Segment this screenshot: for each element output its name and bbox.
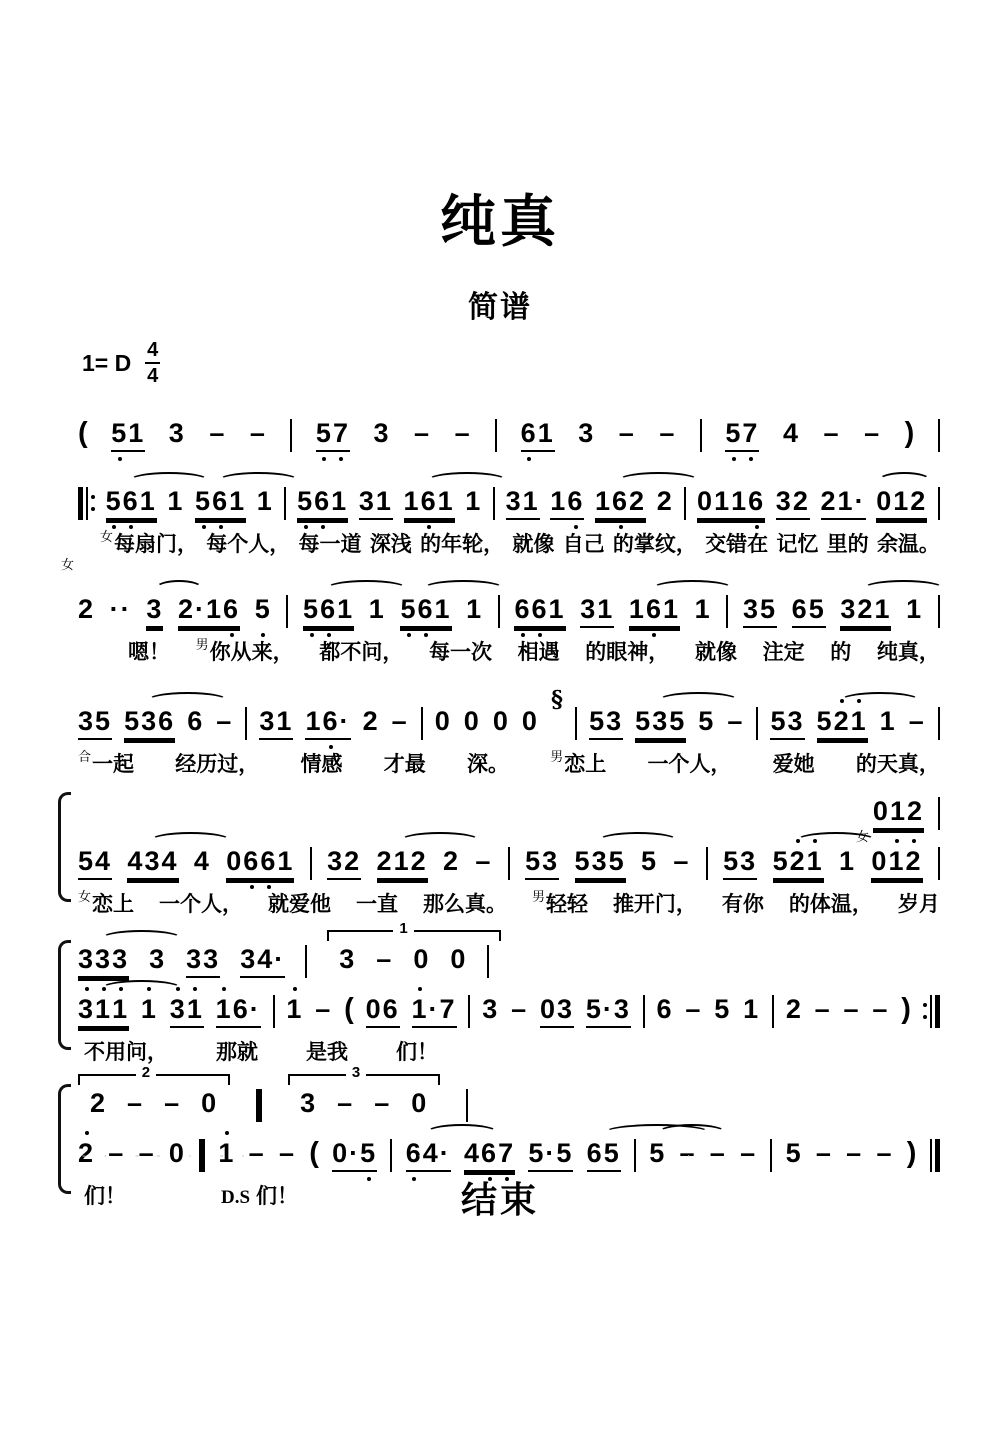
note-digit: · — [274, 944, 285, 974]
notation-token: 57 — [316, 418, 350, 452]
voice-marker: 女 — [78, 889, 91, 904]
note-digits: – — [414, 418, 431, 448]
note-digit: 5 — [95, 706, 112, 736]
note-digits: 0 — [493, 706, 510, 736]
notation-token: 0 — [411, 1088, 428, 1118]
note-digit: – — [872, 994, 889, 1024]
note-digits: – — [685, 994, 702, 1024]
notation-token: 012 — [876, 486, 927, 520]
note-digits: 3 — [146, 594, 163, 628]
note-digit: – — [909, 706, 926, 736]
note-digit: 6 — [314, 486, 331, 516]
note-digits: 434 — [127, 846, 178, 880]
notation-token: 31 — [259, 706, 293, 740]
notation-token: – — [511, 994, 528, 1024]
note-digits: – — [337, 1088, 354, 1118]
lyric-segment: 的掌纹， — [613, 528, 697, 558]
key-signature: 1= D 4 4 — [82, 340, 160, 386]
note-digit: 1 — [167, 486, 184, 516]
volta-bracket: 22––0 — [78, 1074, 230, 1118]
note-digit: 3 — [374, 418, 391, 448]
note-digit: 3 — [146, 594, 163, 624]
note-digit: 5 — [195, 486, 212, 516]
barline — [706, 847, 708, 880]
note-digit: 5 — [111, 418, 128, 448]
paren: ) — [901, 994, 911, 1024]
note-digit: 1 — [743, 994, 760, 1024]
note-digit: – — [376, 944, 393, 974]
lyric-segment: 情感 — [300, 748, 342, 778]
barline — [466, 1089, 468, 1122]
note-digit: 1 — [438, 486, 455, 516]
note-digits: 0 — [201, 1088, 218, 1118]
note-digit: 0 — [201, 1088, 218, 1118]
note-digit: 3 — [614, 994, 631, 1024]
note-digits: 521 — [817, 706, 868, 740]
note-digits: 561 — [106, 486, 157, 520]
note-digits: 3 — [482, 994, 499, 1024]
notation-token: 4 — [194, 846, 211, 876]
voice-marker: 男 — [196, 637, 209, 652]
note-digits: 6 — [657, 994, 674, 1024]
notation-token: 0116 — [697, 486, 765, 520]
note-digits: 31 — [580, 594, 614, 628]
lyric-segment: 深。 — [467, 748, 509, 778]
note-digits: 3 — [578, 418, 595, 448]
lyric-segment: 的体温， — [789, 888, 873, 918]
note-digits: – — [909, 706, 926, 736]
note-digit: 0 — [464, 706, 481, 736]
lyric-text: 一起 — [92, 753, 134, 776]
note-digit: 1 — [549, 594, 566, 624]
barline — [575, 707, 577, 740]
voice-marker: 女 — [100, 529, 113, 544]
barline-thin — [930, 1139, 932, 1172]
note-digit: 1 — [187, 994, 204, 1024]
note-digits: 57 — [725, 418, 759, 452]
notation-token: 561 — [303, 594, 354, 628]
note-digits: – — [164, 1088, 181, 1118]
note-digit: 2 — [821, 486, 838, 516]
note-digits: 16 — [550, 486, 584, 520]
note-digits: 5 — [255, 594, 272, 624]
notation-token: 1 — [466, 594, 483, 624]
notation-token: 0 — [435, 706, 452, 736]
note-digits: 33 — [186, 944, 220, 978]
note-digit: – — [127, 1088, 144, 1118]
note-digits: 0 — [464, 706, 481, 736]
note-digits: – — [475, 846, 492, 876]
note-digit: – — [685, 994, 702, 1024]
note-digits: 161 — [404, 486, 455, 520]
barline — [938, 595, 940, 628]
barline — [772, 995, 774, 1028]
note-digit: 0 — [450, 944, 467, 974]
notation-token: 35 — [78, 706, 112, 740]
note-digit: 3 — [557, 994, 574, 1024]
note-digits: 32 — [327, 846, 361, 880]
note-digit: 6 — [383, 994, 400, 1024]
barline — [495, 419, 497, 452]
note-digit: 1 — [597, 594, 614, 624]
volta-number: 3 — [346, 1065, 366, 1080]
note-digit: 2 — [629, 486, 646, 516]
note-digit: 1 — [663, 594, 680, 624]
note-digit: 5 — [609, 846, 626, 876]
lyric-text: 的眼神， — [585, 641, 669, 664]
note-digits: 561 — [400, 594, 451, 628]
note-digit: 3 — [170, 994, 187, 1024]
notation-token: 1·7 — [412, 994, 457, 1028]
note-digit: – — [659, 418, 676, 448]
note-digit: 1 — [807, 846, 824, 876]
note-digit: 2 — [905, 846, 922, 876]
note-digits: 31 — [359, 486, 393, 520]
note-digits: 536 — [124, 706, 175, 740]
note-digit: 3 — [144, 846, 161, 876]
barline-thick — [935, 995, 940, 1028]
barline — [421, 707, 423, 740]
note-digit: 5 — [770, 706, 787, 736]
lyric-text: 那么真。 — [423, 893, 507, 916]
note-digits: – — [815, 994, 832, 1024]
note-digit: – — [392, 706, 409, 736]
lyric-segment: 那么真。 — [423, 888, 507, 918]
notation-token: 1 — [743, 994, 760, 1024]
note-digits: 012 — [871, 846, 922, 880]
note-digit: 5 — [316, 418, 333, 448]
note-digit: 3 — [506, 486, 523, 516]
note-digit: 5 — [586, 994, 603, 1024]
lyric-text: 深。 — [467, 753, 509, 776]
volta-bracket: 33––0 — [288, 1074, 440, 1118]
note-digit: 0 — [522, 706, 539, 736]
lyrics-row: 女每扇门，每个人，每一道深浅的年轮，就像自己的掌纹，交错在记忆里的余温。 — [78, 528, 940, 558]
notation-token: 212 — [377, 846, 428, 880]
note-digits: 0 — [413, 944, 430, 974]
notation-token: 1 — [286, 994, 303, 1024]
voice-marker: 合 — [78, 749, 91, 764]
note-digits: 561 — [195, 486, 246, 520]
note-digit: 1 — [257, 486, 274, 516]
note-digits: 35 — [78, 706, 112, 740]
note-digits: 61 — [521, 418, 555, 452]
note-digit: 1 — [112, 994, 129, 1024]
note-digit: · — [121, 594, 132, 624]
lyric-text: 不用问， — [84, 1041, 168, 1064]
note-digit: 5 — [525, 846, 542, 876]
paren: ( — [344, 994, 354, 1024]
note-digits: 333 — [78, 944, 129, 978]
notation-token: 5 — [641, 846, 658, 876]
notation-token: 1 — [695, 594, 712, 624]
note-digit: 4 — [161, 846, 178, 876]
note-digits: 21· — [821, 486, 866, 520]
notation-row: 2··32·1655611561166131161135653211 — [78, 578, 940, 628]
note-digits: 35 — [743, 594, 777, 628]
note-digits: 3 — [300, 1088, 317, 1118]
lyric-segment: 交错在 — [705, 528, 768, 558]
note-digit: 1 — [305, 706, 322, 736]
notation-token: – — [315, 994, 332, 1024]
notation-token: 333 — [78, 944, 129, 978]
notation-token: 53 — [770, 706, 804, 740]
note-digit: 5 — [78, 846, 95, 876]
notation-token: ·· — [110, 594, 132, 624]
note-digits: 521 — [773, 846, 824, 880]
note-digits: – — [864, 418, 881, 448]
note-digit: 3 — [580, 594, 597, 624]
note-digit: 2 — [443, 846, 460, 876]
notation-token: 0 — [413, 944, 430, 978]
note-digit: 2 — [344, 846, 361, 876]
note-digit: 1 — [216, 994, 233, 1024]
note-digits: – — [619, 418, 636, 448]
lyric-text: 你从来， — [210, 641, 294, 664]
system-verse-line-4: 012女5443440661322122–535355–535211012女恋上… — [78, 780, 940, 918]
notation-token: 3 — [146, 594, 163, 628]
notation-token: 3 — [169, 418, 186, 448]
barline — [245, 707, 247, 740]
note-digit: 0 — [873, 796, 890, 826]
note-digit: 3 — [149, 944, 166, 974]
notation-token: 16· — [216, 994, 261, 1028]
lyric-text: 那就 — [216, 1041, 258, 1064]
lyric-segment: 们！ — [396, 1036, 438, 1066]
notation-row: 31113116·1–(061·73–035·36–512–––) — [78, 978, 940, 1028]
notation-token: 2 — [786, 994, 803, 1024]
repeat-dot — [91, 507, 95, 511]
note-digits: 31 — [506, 486, 540, 520]
note-digit: 2 — [657, 486, 674, 516]
note-digit: 5 — [589, 706, 606, 736]
lyric-text: 情感 — [300, 753, 342, 776]
note-digits: 1 — [141, 994, 158, 1024]
barline — [498, 595, 500, 628]
notation-token: 31 — [359, 486, 393, 520]
voice-marker: 男 — [550, 749, 563, 764]
lyric-segment: 注定 — [763, 636, 805, 666]
note-digit: 3 — [240, 944, 257, 974]
note-digit: 1 — [465, 486, 482, 516]
lyric-segment: 女每扇门， — [100, 528, 198, 558]
note-digit: 3 — [592, 846, 609, 876]
note-digit: 3 — [300, 1088, 317, 1118]
note-digit: – — [164, 1088, 181, 1118]
note-digits: 1·7 — [412, 994, 457, 1028]
notation-token: 53 — [723, 846, 757, 880]
notation-token: 1 — [369, 594, 386, 624]
note-digit: – — [337, 1088, 354, 1118]
final-barline — [930, 1138, 940, 1172]
note-digit: 1 — [550, 486, 567, 516]
barline — [487, 945, 489, 978]
note-digit: – — [727, 706, 744, 736]
notation-token: 012女 — [873, 796, 924, 830]
notation-token: – — [864, 418, 881, 448]
note-digit: 5 — [303, 594, 320, 624]
note-digits: 53 — [770, 706, 804, 740]
notation-token: 0 — [522, 706, 539, 736]
note-digits: 51 — [111, 418, 145, 452]
lyric-text: 每一次 — [429, 641, 492, 664]
note-digit: 5 — [297, 486, 314, 516]
note-digit: 3 — [78, 706, 95, 736]
note-digit: 5 — [723, 846, 740, 876]
lyric-segment: 男恋上 — [550, 748, 606, 778]
note-digit: 6 — [792, 594, 809, 624]
note-digit: 3 — [743, 594, 760, 624]
note-digit: 5 — [809, 594, 826, 624]
note-digits: 2 — [443, 846, 460, 876]
lyric-text: 每个人， — [206, 533, 290, 556]
note-digit: 1 — [276, 706, 293, 736]
lyric-segment: 每一道 — [299, 528, 362, 558]
notation-token: 03 — [540, 994, 574, 1028]
notation-token: 16· — [305, 706, 350, 740]
note-digit: 6 — [748, 486, 765, 516]
lyrics-row: 女恋上一个人，就爱他一直那么真。男轻轻推开门，有你的体温，岁月 — [78, 888, 940, 918]
faded-scan-artifact: - · - - · - · · · — [82, 1148, 922, 1162]
lyric-text: 恋上 — [564, 753, 606, 776]
note-digits: 0 — [411, 1088, 428, 1118]
notation-token: 535 — [635, 706, 686, 740]
note-digit: 3 — [578, 418, 595, 448]
note-digit: 6 — [532, 594, 549, 624]
note-digit: 1 — [206, 594, 223, 624]
system-verse-line-2: 2··32·1655611561166131161135653211嗯！男你从来… — [78, 578, 940, 666]
note-digits: 2 — [786, 994, 803, 1024]
note-digits: 321 — [840, 594, 891, 628]
voice-marker: 男 — [532, 889, 545, 904]
note-digits: 31 — [170, 994, 204, 1028]
notation-token: 57 — [725, 418, 759, 452]
note-digit: 2 — [793, 486, 810, 516]
repeat-dot — [91, 495, 95, 499]
notation-token: 1 — [839, 846, 856, 876]
meter-denominator: 4 — [147, 366, 158, 386]
note-digits: – — [455, 418, 472, 448]
note-digit: 3 — [141, 706, 158, 736]
system-verse-line-1: 女561156115613116113116162201163221·012女每… — [78, 470, 940, 558]
note-digit: – — [250, 418, 267, 448]
note-digit: 5 — [255, 594, 272, 624]
note-digits: – — [727, 706, 744, 736]
note-digit: 5 — [773, 846, 790, 876]
note-digits: ·· — [110, 594, 132, 624]
lyric-text: 才最 — [384, 753, 426, 776]
notation-token: 3 — [578, 418, 595, 448]
note-digit: – — [824, 418, 841, 448]
segno-icon: § — [551, 686, 563, 713]
note-digits: 5 — [641, 846, 658, 876]
volta-number: 1 — [393, 921, 413, 936]
note-digit: 1 — [888, 846, 905, 876]
note-digit: 0 — [493, 706, 510, 736]
paren: ( — [78, 418, 88, 448]
note-digits: 31 — [259, 706, 293, 740]
notation-token: 21· — [821, 486, 866, 520]
lyric-segment: 爱她 — [773, 748, 815, 778]
barline-thin — [86, 487, 88, 520]
lyric-segment: 一直 — [356, 888, 398, 918]
note-digit: 1 — [286, 994, 303, 1024]
note-digit: 1 — [893, 486, 910, 516]
note-digit: 6 — [158, 706, 175, 736]
note-digit: 1 — [337, 594, 354, 624]
note-digit: 4 — [194, 846, 211, 876]
barline-thin — [930, 995, 932, 1028]
lyric-segment: 相遇 — [518, 636, 560, 666]
lyric-segment: 岁月 — [898, 888, 940, 918]
lyric-text: 们！ — [396, 1041, 438, 1064]
note-digit: · — [110, 594, 121, 624]
note-digit: 3 — [776, 486, 793, 516]
note-digits: 311 — [78, 994, 129, 1028]
notation-token: 65 — [792, 594, 826, 628]
note-digit: 1 — [595, 486, 612, 516]
barline — [310, 847, 312, 880]
note-digits: – — [673, 846, 690, 876]
notation-token: 6 — [187, 706, 204, 736]
notation-token: 661 — [514, 594, 565, 628]
note-digits: 4 — [194, 846, 211, 876]
note-digit: 4 — [783, 418, 800, 448]
notation-row: 355366–3116·2–0000§535355–535211– — [78, 690, 940, 740]
note-digits: – — [824, 418, 841, 448]
notation-token: 61 — [521, 418, 555, 452]
lyric-segment: 的眼神， — [585, 636, 669, 666]
lyric-segment: 合一起 — [78, 748, 134, 778]
notation-token: 161 — [404, 486, 455, 520]
note-digit: 1 — [435, 594, 452, 624]
note-digit: – — [216, 706, 233, 736]
fraction-bar — [145, 362, 160, 364]
notation-row: 女561156115613116113116162201163221·012 — [78, 470, 940, 520]
note-digit: 3 — [95, 944, 112, 974]
voice-marker: 女 — [61, 554, 74, 573]
notation-token: 1 — [880, 706, 897, 736]
notation-token: 536 — [124, 706, 175, 740]
lyric-text: 纯真， — [877, 641, 940, 664]
barline-thick — [78, 487, 83, 520]
note-digit: 3 — [259, 706, 276, 736]
note-digit: 1 — [874, 594, 891, 624]
note-digit: 0 — [871, 846, 888, 876]
note-digit: – — [619, 418, 636, 448]
note-digit: 1 — [714, 486, 731, 516]
note-digit: 1 — [523, 486, 540, 516]
notation-row: 22––033––0 — [78, 1072, 940, 1122]
note-digit: 5 — [669, 706, 686, 736]
barline — [684, 487, 686, 520]
notation-token: – — [209, 418, 226, 448]
lyric-text: 的年轮， — [420, 533, 504, 556]
notation-token: 35 — [743, 594, 777, 628]
lyric-text: 的体温， — [789, 893, 873, 916]
notation-token: 0 — [493, 706, 510, 736]
note-digit: 3 — [203, 944, 220, 974]
repeat-dot — [923, 1003, 927, 1007]
note-digit: 3 — [186, 944, 203, 974]
note-digits: – — [127, 1088, 144, 1118]
note-digits: – — [374, 1088, 391, 1118]
lyrics-row: 不用问，那就是我们！ — [78, 1036, 940, 1066]
notation-token: – — [659, 418, 676, 448]
system-bracket — [58, 792, 71, 902]
notation-token: 0 — [464, 706, 481, 736]
note-digit: 1 — [838, 486, 855, 516]
